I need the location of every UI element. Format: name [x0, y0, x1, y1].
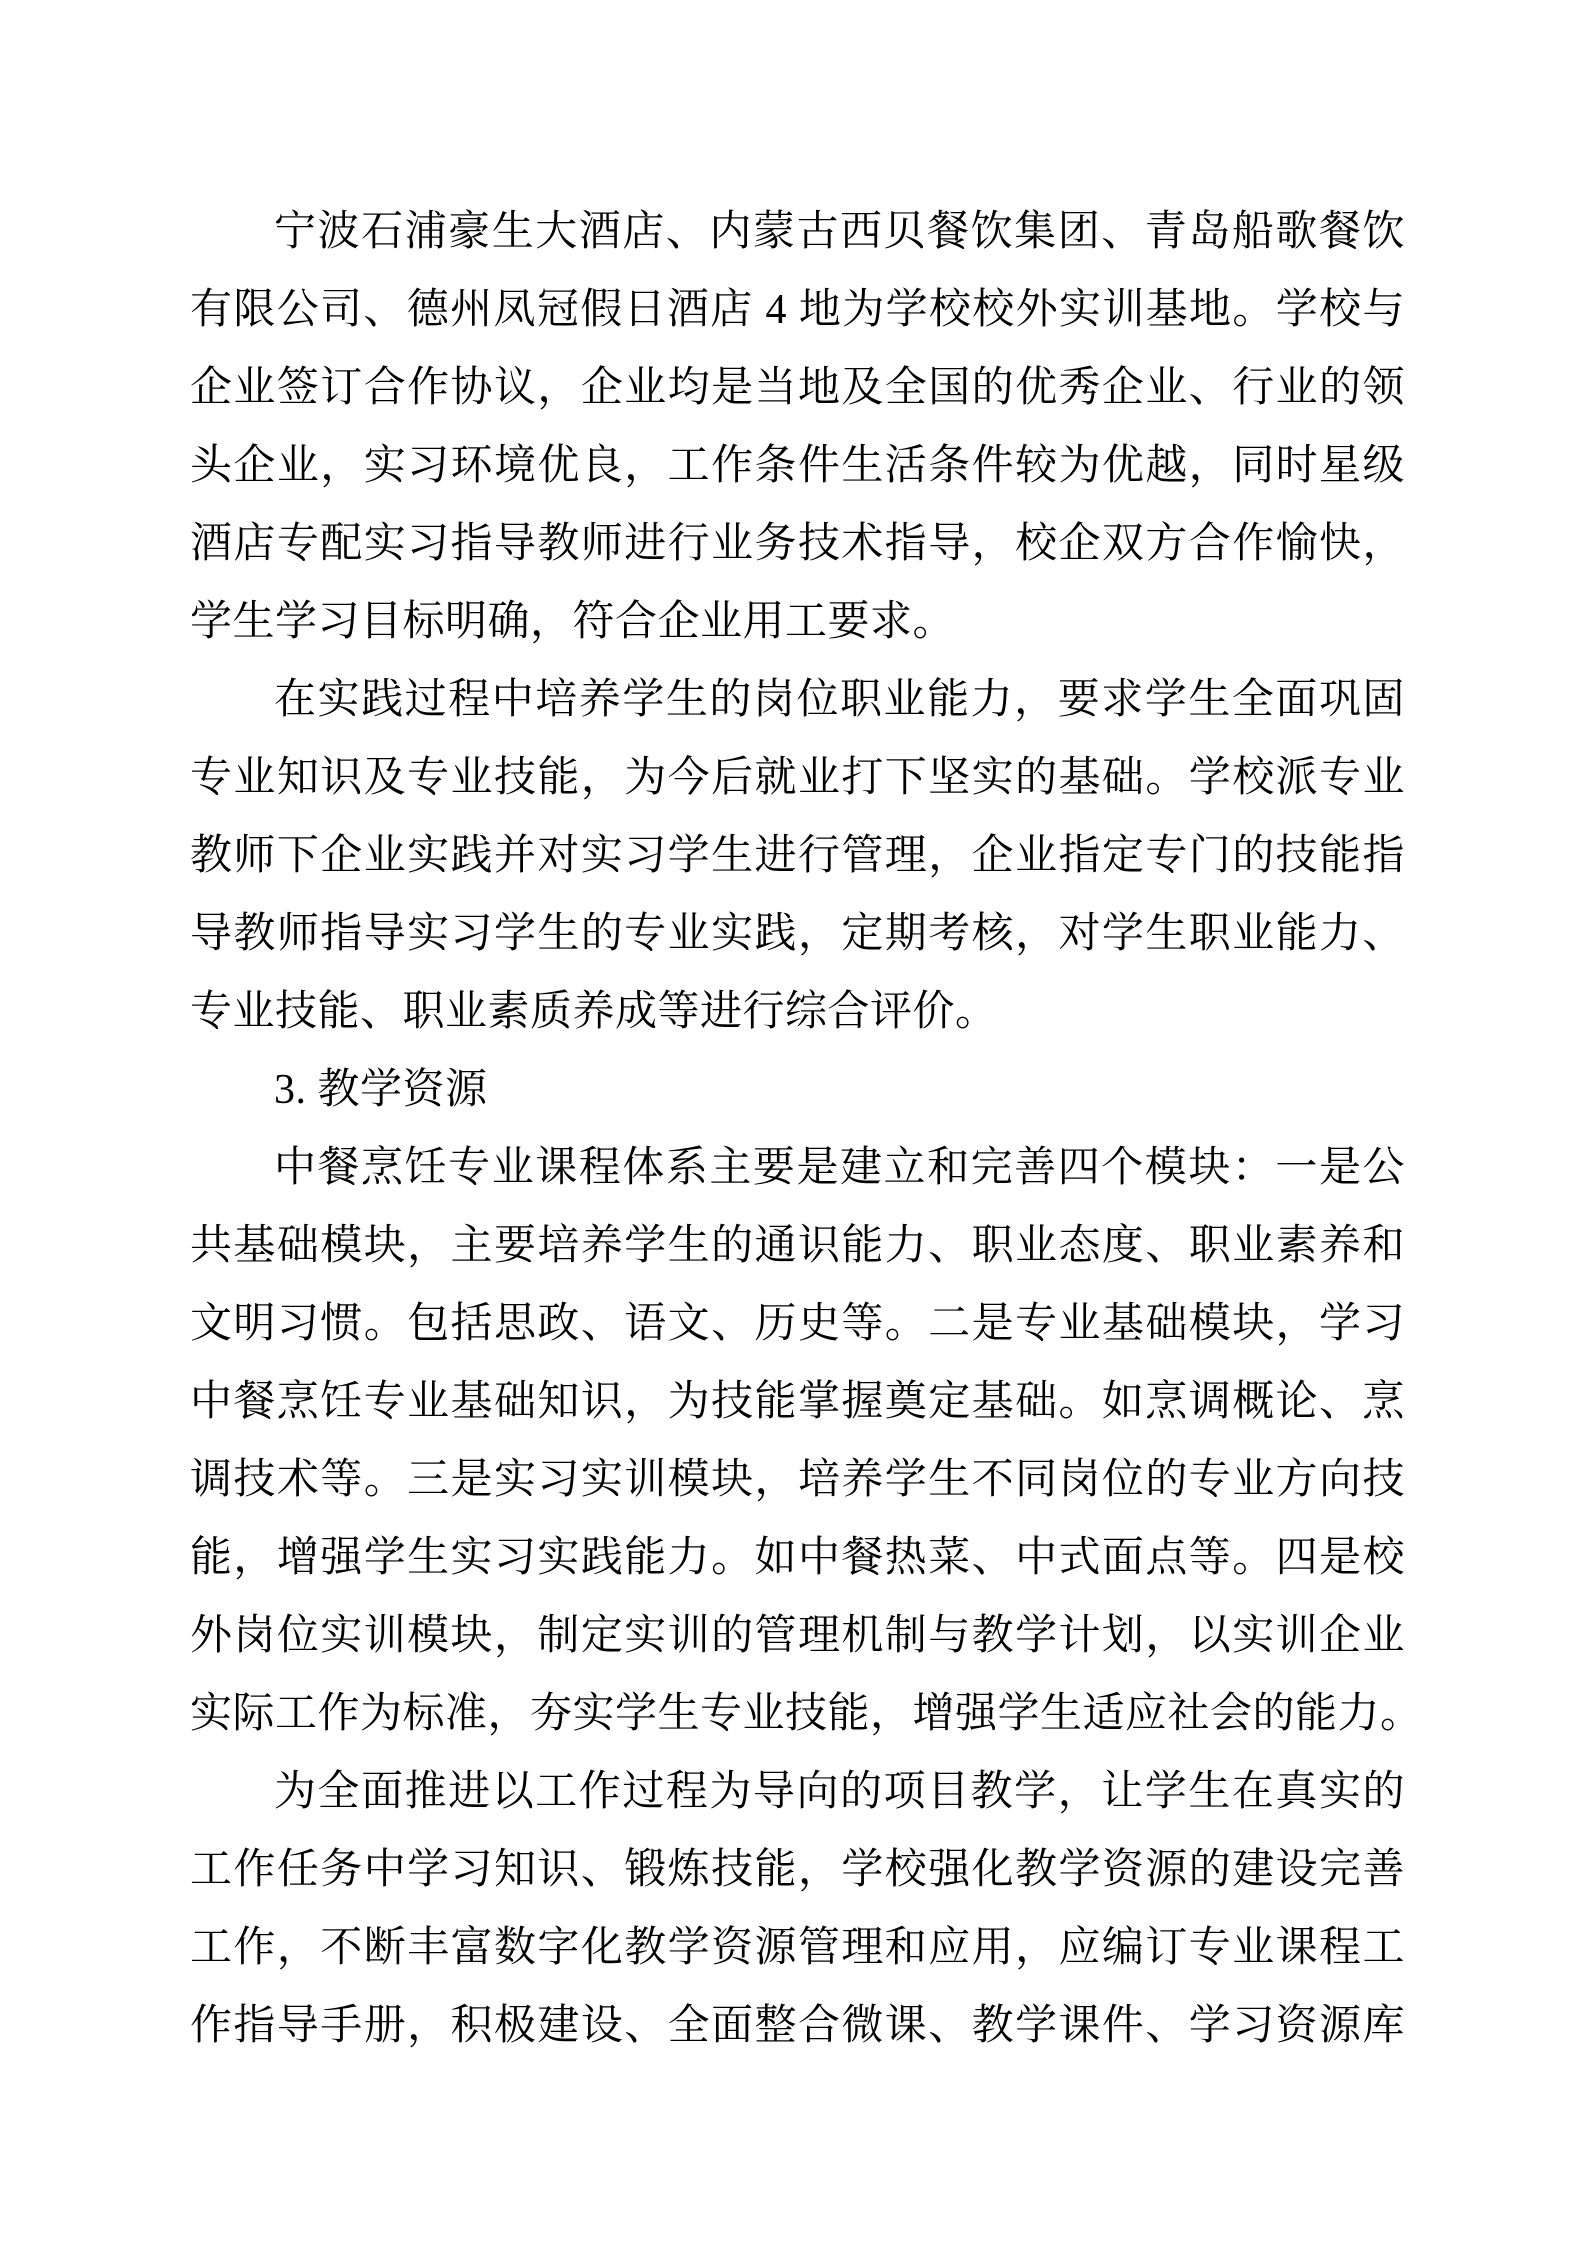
section-heading: 3. 教学资源	[190, 1051, 1405, 1129]
document-body: 宁波石浦豪生大酒店、内蒙古西贝餐饮集团、青岛船歌餐饮有限公司、德州凤冠假日酒店 …	[190, 193, 1405, 2065]
text-line: 为全面推进以工作过程为导向的项目教学，让学生在真实的	[190, 1753, 1405, 1831]
text-line: 能，增强学生实习实践能力。如中餐热菜、中式面点等。四是校	[190, 1519, 1405, 1597]
text-line: 专业技能、职业素质养成等进行综合评价。	[190, 973, 1405, 1051]
text-line: 酒店专配实习指导教师进行业务技术指导，校企双方合作愉快，	[190, 505, 1405, 583]
text-line: 工作任务中学习知识、锻炼技能，学校强化教学资源的建设完善	[190, 1831, 1405, 1909]
text-line: 头企业，实习环境优良，工作条件生活条件较为优越，同时星级	[190, 427, 1405, 505]
text-line: 导教师指导实习学生的专业实践，定期考核，对学生职业能力、	[190, 895, 1405, 973]
document-page: 宁波石浦豪生大酒店、内蒙古西贝餐饮集团、青岛船歌餐饮有限公司、德州凤冠假日酒店 …	[0, 0, 1587, 2245]
text-line: 共基础模块，主要培养学生的通识能力、职业态度、职业素养和	[190, 1207, 1405, 1285]
text-line: 在实践过程中培养学生的岗位职业能力，要求学生全面巩固	[190, 661, 1405, 739]
text-line: 教师下企业实践并对实习学生进行管理，企业指定专门的技能指	[190, 817, 1405, 895]
text-line: 中餐烹饪专业基础知识，为技能掌握奠定基础。如烹调概论、烹	[190, 1363, 1405, 1441]
text-line: 有限公司、德州凤冠假日酒店 4 地为学校校外实训基地。学校与	[190, 271, 1405, 349]
text-line: 专业知识及专业技能，为今后就业打下坚实的基础。学校派专业	[190, 739, 1405, 817]
text-line: 调技术等。三是实习实训模块，培养学生不同岗位的专业方向技	[190, 1441, 1405, 1519]
text-line: 工作，不断丰富数字化教学资源管理和应用，应编订专业课程工	[190, 1909, 1405, 1987]
text-line: 企业签订合作协议，企业均是当地及全国的优秀企业、行业的领	[190, 349, 1405, 427]
text-line: 外岗位实训模块，制定实训的管理机制与教学计划，以实训企业	[190, 1597, 1405, 1675]
text-line: 文明习惯。包括思政、语文、历史等。二是专业基础模块，学习	[190, 1285, 1405, 1363]
text-line: 中餐烹饪专业课程体系主要是建立和完善四个模块：一是公	[190, 1129, 1405, 1207]
text-line: 学生学习目标明确，符合企业用工要求。	[190, 583, 1405, 661]
text-line: 作指导手册，积极建设、全面整合微课、教学课件、学习资源库	[190, 1987, 1405, 2065]
text-line: 宁波石浦豪生大酒店、内蒙古西贝餐饮集团、青岛船歌餐饮	[190, 193, 1405, 271]
text-line: 实际工作为标准，夯实学生专业技能，增强学生适应社会的能力。	[190, 1675, 1405, 1753]
